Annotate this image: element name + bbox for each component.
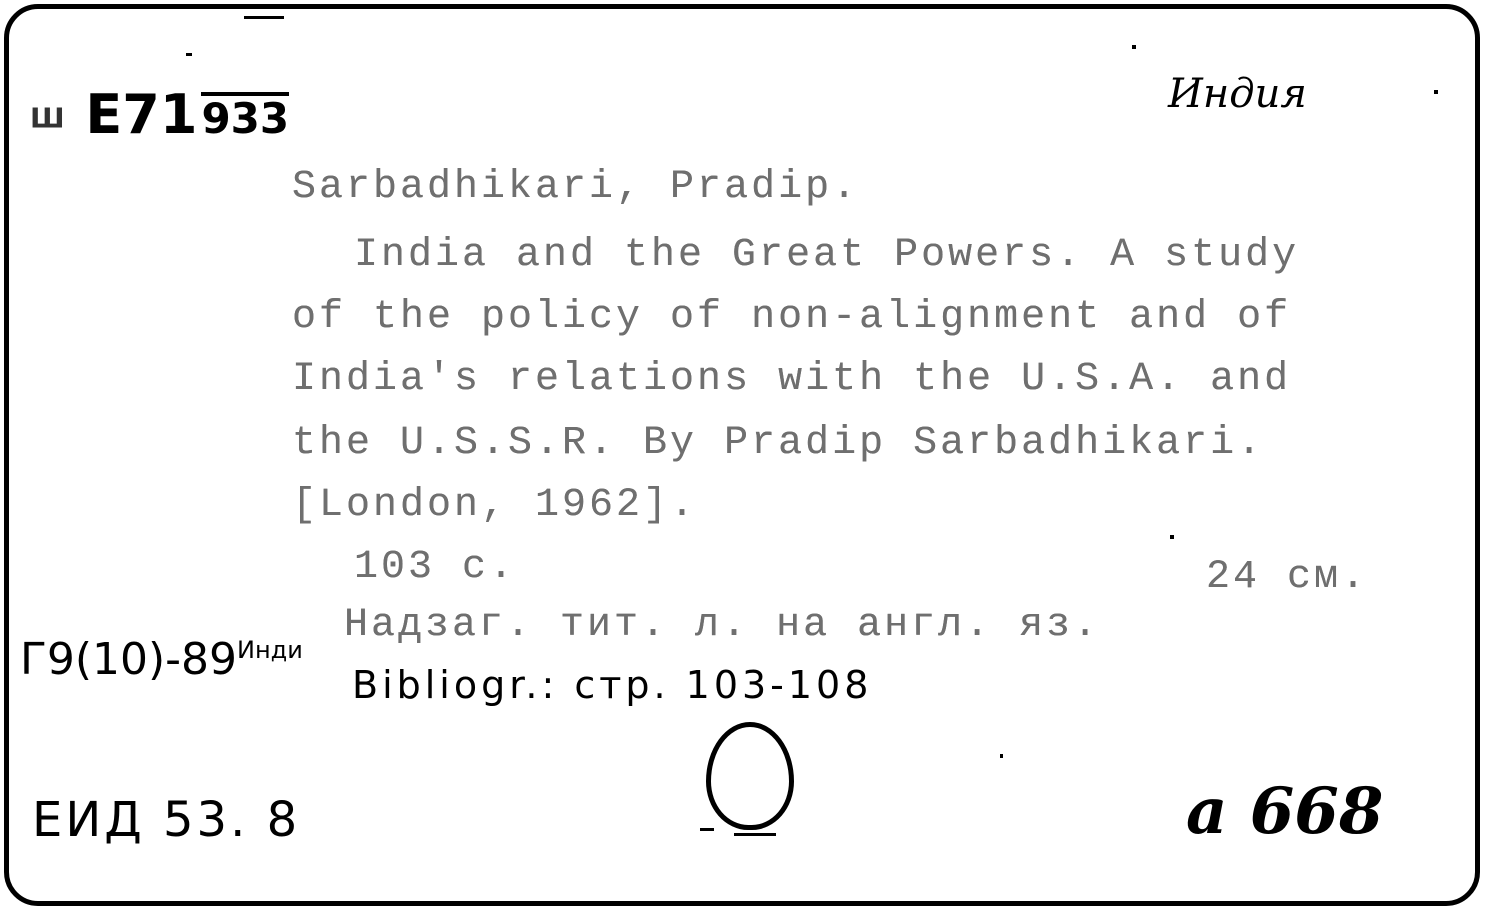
- shelf-mark: Ш E71933: [30, 88, 289, 142]
- scan-mark: [1170, 535, 1174, 539]
- scan-mark: [1132, 45, 1136, 49]
- scan-mark: [1000, 754, 1003, 758]
- inventory-code: ЕИД 53. 8: [32, 796, 300, 844]
- imprint-line: [London, 1962].: [292, 486, 697, 526]
- shelf-mark-main: E71: [85, 83, 197, 146]
- scan-mark: [244, 16, 284, 19]
- classification-suffix: Инди: [237, 636, 303, 664]
- title-line: of the policy of non-alignment and of: [292, 298, 1291, 338]
- accession-number: a 668: [1186, 780, 1383, 844]
- stamp-underline: [734, 833, 776, 836]
- scan-mark: [1434, 90, 1438, 94]
- pagination: 103 с.: [354, 548, 516, 588]
- classification-main: Г9(10)-89: [20, 634, 237, 685]
- title-line: the U.S.S.R. By Pradip Sarbadhikari.: [292, 424, 1264, 464]
- language-note: Надзаг. тит. л. на англ. яз.: [344, 606, 1100, 646]
- bibliography-note: Bibliogr.: стр. 103-108: [352, 666, 872, 704]
- title-line: India's relations with the U.S.A. and: [292, 360, 1291, 400]
- size: 24 см.: [1206, 558, 1368, 598]
- shelf-mark-prefix: Ш: [30, 101, 67, 134]
- author-heading: Sarbadhikari, Pradip.: [292, 168, 859, 208]
- scan-mark: [186, 53, 192, 56]
- subject-tag: Индия: [1168, 74, 1307, 114]
- library-stamp-oval: [706, 722, 794, 830]
- classification-code: Г9(10)-89Инди: [20, 638, 303, 682]
- shelf-mark-sub: 933: [201, 92, 289, 140]
- stamp-underline: [700, 828, 714, 831]
- title-line: India and the Great Powers. A study: [354, 236, 1299, 276]
